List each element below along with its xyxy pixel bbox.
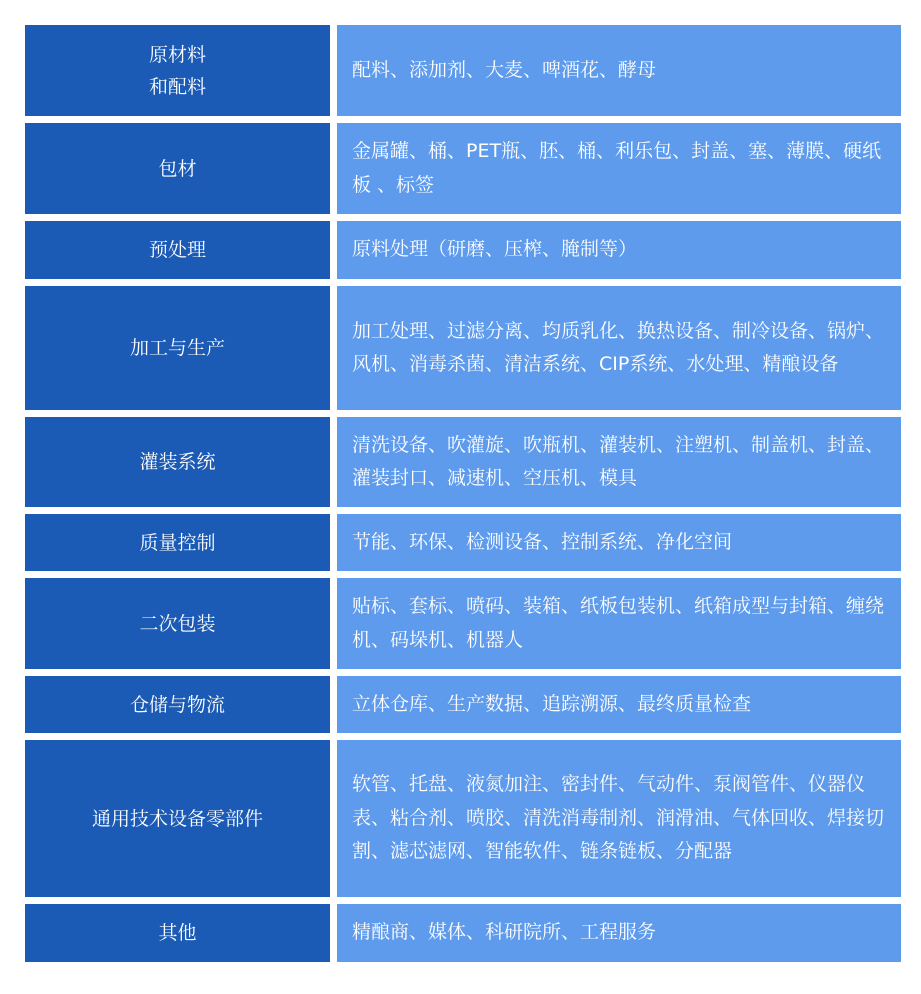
table-row: 二次包装 贴标、套标、喷码、装箱、纸板包装机、纸箱成型与封箱、缠绕机、码垛机、机… [25, 578, 901, 669]
items-text: 金属罐、桶、PET瓶、胚、桶、利乐包、封盖、塞、薄膜、硬纸板 、标签 [352, 135, 887, 202]
items-text: 原料处理（研磨、压榨、腌制等） [352, 233, 637, 267]
category-cell: 原材料 和配料 [25, 25, 330, 116]
items-text: 节能、环保、检测设备、控制系统、净化空间 [352, 526, 732, 560]
items-cell: 节能、环保、检测设备、控制系统、净化空间 [337, 514, 901, 571]
items-text: 精酿商、媒体、科研院所、工程服务 [352, 916, 656, 950]
table-row: 其他 精酿商、媒体、科研院所、工程服务 [25, 904, 901, 962]
table-row: 加工与生产 加工处理、过滤分离、均质乳化、换热设备、制冷设备、锅炉、风机、消毒杀… [25, 286, 901, 410]
items-text: 贴标、套标、喷码、装箱、纸板包装机、纸箱成型与封箱、缠绕机、码垛机、机器人 [352, 590, 887, 657]
category-cell: 仓储与物流 [25, 676, 330, 733]
table-row: 质量控制 节能、环保、检测设备、控制系统、净化空间 [25, 514, 901, 571]
category-cell: 预处理 [25, 221, 330, 279]
table-row: 包材 金属罐、桶、PET瓶、胚、桶、利乐包、封盖、塞、薄膜、硬纸板 、标签 [25, 123, 901, 214]
category-cell: 灌装系统 [25, 417, 330, 507]
items-cell: 立体仓库、生产数据、追踪溯源、最终质量检查 [337, 676, 901, 733]
table-row: 灌装系统 清洗设备、吹灌旋、吹瓶机、灌装机、注塑机、制盖机、封盖、灌装封口、减速… [25, 417, 901, 507]
category-cell: 包材 [25, 123, 330, 214]
table-row: 预处理 原料处理（研磨、压榨、腌制等） [25, 221, 901, 279]
table-row: 仓储与物流 立体仓库、生产数据、追踪溯源、最终质量检查 [25, 676, 901, 733]
category-cell: 通用技术设备零部件 [25, 740, 330, 897]
items-text: 立体仓库、生产数据、追踪溯源、最终质量检查 [352, 688, 751, 722]
items-text: 加工处理、过滤分离、均质乳化、换热设备、制冷设备、锅炉、风机、消毒杀菌、清洁系统… [352, 315, 887, 382]
items-text: 配料、添加剂、大麦、啤酒花、酵母 [352, 54, 656, 88]
items-cell: 清洗设备、吹灌旋、吹瓶机、灌装机、注塑机、制盖机、封盖、灌装封口、减速机、空压机… [337, 417, 901, 507]
table-row: 原材料 和配料 配料、添加剂、大麦、啤酒花、酵母 [25, 25, 901, 116]
items-cell: 加工处理、过滤分离、均质乳化、换热设备、制冷设备、锅炉、风机、消毒杀菌、清洁系统… [337, 286, 901, 410]
category-cell: 质量控制 [25, 514, 330, 571]
items-cell: 原料处理（研磨、压榨、腌制等） [337, 221, 901, 279]
category-cell: 二次包装 [25, 578, 330, 669]
items-text: 软管、托盘、液氮加注、密封件、气动件、泵阀管件、仪器仪表、粘合剂、喷胶、清洗消毒… [352, 768, 887, 869]
items-cell: 金属罐、桶、PET瓶、胚、桶、利乐包、封盖、塞、薄膜、硬纸板 、标签 [337, 123, 901, 214]
items-cell: 贴标、套标、喷码、装箱、纸板包装机、纸箱成型与封箱、缠绕机、码垛机、机器人 [337, 578, 901, 669]
table-row: 通用技术设备零部件 软管、托盘、液氮加注、密封件、气动件、泵阀管件、仪器仪表、粘… [25, 740, 901, 897]
items-cell: 配料、添加剂、大麦、啤酒花、酵母 [337, 25, 901, 116]
items-cell: 软管、托盘、液氮加注、密封件、气动件、泵阀管件、仪器仪表、粘合剂、喷胶、清洗消毒… [337, 740, 901, 897]
category-cell: 加工与生产 [25, 286, 330, 410]
items-text: 清洗设备、吹灌旋、吹瓶机、灌装机、注塑机、制盖机、封盖、灌装封口、减速机、空压机… [352, 429, 887, 496]
items-cell: 精酿商、媒体、科研院所、工程服务 [337, 904, 901, 962]
category-cell: 其他 [25, 904, 330, 962]
category-table: 原材料 和配料 配料、添加剂、大麦、啤酒花、酵母 包材 金属罐、桶、PET瓶、胚… [25, 25, 901, 969]
